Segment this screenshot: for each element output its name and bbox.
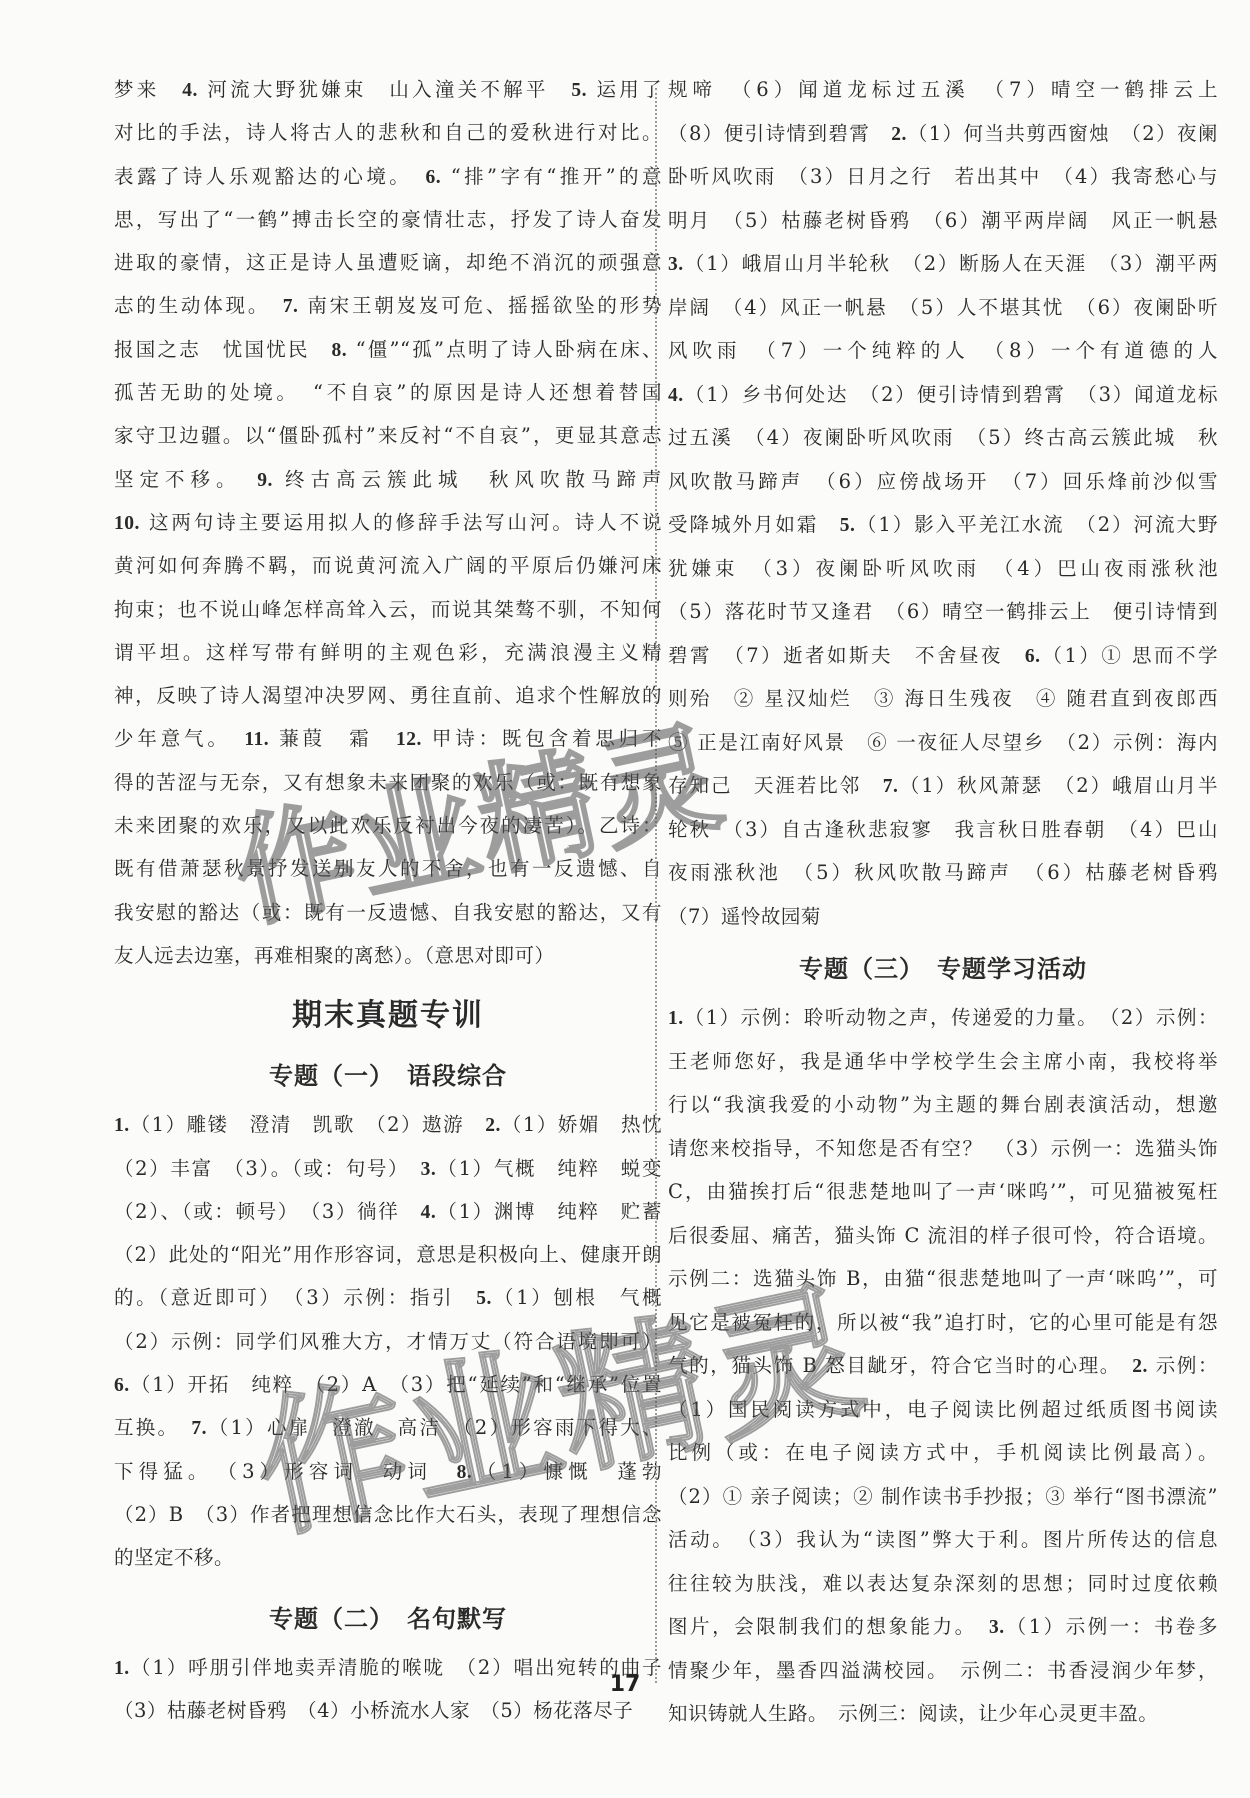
answer-text: （1）① 思而不学 [1041,644,1218,667]
answer-text: 我安慰的豁达（或：既有一反遗憾、自我安慰的豁达，又有 [114,901,662,924]
answer-text: （1）乡书何处达 （2）便引诗情到碧霄 （3）闻道龙标 [684,383,1218,406]
question-number: 4. [182,80,198,101]
answer-text: 示例： [1148,1354,1218,1377]
answer-text: （2）示例：同学们风雅大方，才情万丈（符合语境即可） [114,1330,662,1353]
answer-text: （1）渊博 纯粹 贮蓄 [436,1200,662,1223]
answer-text: （1）开拓 纯粹 （2）A （3）把“延续”和“继承”位置 [130,1373,662,1396]
answer-text: 存知己 天涯若比邻 [668,774,883,797]
answer-text: 少年意气。 [114,727,244,750]
text-line: （2）、（或：顿号） （3）徜徉 4.（1）渊博 纯粹 贮蓄 [114,1190,662,1233]
text-line: （2）丰富 （3）。（或：句号） 3.（1）气概 纯粹 蜕变 [114,1147,662,1190]
question-number: 4. [421,1202,437,1223]
text-line: 轮秋 （3）自古逢秋悲寂寥 我言秋日胜春朝 （4）巴山 [668,808,1218,852]
text-line: 家守卫边疆。以“僵卧孤村”来反衬“不自哀”，更显其意志 [114,414,662,457]
question-number: 7. [883,776,899,797]
column-divider [655,88,657,1683]
text-line: 未来团聚的欢乐，又以此欢乐反衬出今夜的凄苦）。乙诗： [114,804,662,847]
text-line: 则殆 ② 星汉灿烂 ③ 海日生残夜 ④ 随君直到夜郎西 [668,677,1218,721]
answer-text: （1）峨眉山月半轮秋 （2）断肠人在天涯 （3）潮平两 [684,252,1218,275]
answer-text: 夜雨涨秋池 （5）秋风吹散马蹄声 （6）枯藤老树昏鸦 [668,861,1218,884]
question-number: 4. [668,385,684,406]
section-3-answers: 1.（1）示例：聆听动物之声，传递爱的力量。 （2）示例：王老师您好，我是通华中… [668,996,1218,1736]
text-line: 岸阔 （4）风正一帆悬 （5）人不堪其忧 （6）夜阑卧听 [668,286,1218,330]
answer-text: （2）① 亲子阅读；② 制作读书手抄报；③ 举行“图书漂流” [668,1485,1218,1508]
answer-text: 示例二：选猫头饰 B，由猫“很悲楚地叫了一声‘咪呜’”，可 [668,1267,1218,1290]
text-line: 思，写出了“一鹤”搏击长空的豪情壮志，抒发了诗人奋发 [114,198,662,241]
answer-text: 王老师您好，我是通华中学校学生会主席小南，我校将举 [668,1050,1218,1073]
section-title-3: 专题（三） 专题学习活动 [668,942,1218,996]
question-number: 2. [891,124,907,145]
text-line: 见它是被冤枉的，所以被“我”追打时，它的心里可能是有怨 [668,1301,1218,1345]
answer-text: 终古高云簇此城 秋风吹散马蹄声 [273,468,662,491]
answer-text: 孤苦无助的处境。 “不自哀”的原因是诗人还想着替国 [114,381,662,404]
answer-text: （1）国民阅读方式中，电子阅读比例超过纸质图书阅读 [668,1398,1218,1421]
answer-text: 请您来校指导，不知您是否有空？ （3）示例一：选猫头饰 [668,1137,1218,1160]
text-line: 存知己 天涯若比邻 7.（1）秋风萧瑟 （2）峨眉山月半 [668,764,1218,808]
answer-text: 的坚定不移。 [114,1546,234,1569]
text-line: 志的生动体现。 7. 南宋王朝岌岌可危、摇摇欲坠的形势 [114,284,662,327]
question-number: 7. [191,1418,207,1439]
text-line: 拘束；也不说山峰怎样高耸入云，而说其桀骜不驯，不知何 [114,588,662,631]
answer-text: 下得猛。 （3）形容词 动词 [114,1460,457,1483]
text-line: 互换。 7.（1）心扉 澄澈 高洁 （2）形容雨下得大、 [114,1406,662,1449]
answer-text: 拘束；也不说山峰怎样高耸入云，而说其桀骜不驯，不知何 [114,598,662,621]
text-line: 3.（1）峨眉山月半轮秋 （2）断肠人在天涯 （3）潮平两 [668,242,1218,286]
answer-text: “排”字有“推开”的意 [441,165,662,188]
section-title-2: 专题（二） 名句默写 [114,1592,662,1646]
text-line: 对比的手法，诗人将古人的悲秋和自己的爱秋进行对比。 [114,111,662,154]
answer-text: 轮秋 （3）自古逢秋悲寂寥 我言秋日胜春朝 （4）巴山 [668,818,1218,841]
text-line: 的坚定不移。 [114,1536,662,1579]
answer-text: （3）枯藤老树昏鸦 （4）小桥流水人家 （5）杨花落尽子 [114,1699,633,1722]
text-line: （1）国民阅读方式中，电子阅读比例超过纸质图书阅读 [668,1388,1218,1432]
text-line: 往往较为肤浅，难以表达复杂深刻的思想；同时过度依赖 [668,1562,1218,1606]
text-line: ⑤ 正是江南好风景 ⑥ 一夜征人尽望乡 （2）示例：海内 [668,721,1218,765]
text-line: 谓平坦。这样写带有鲜明的主观色彩，充满浪漫主义精 [114,631,662,674]
main-title: 期末真题专训 [114,983,662,1049]
answer-text: 运用了 [587,78,662,101]
text-line: 示例二：选猫头饰 B，由猫“很悲楚地叫了一声‘咪呜’”，可 [668,1257,1218,1301]
text-line: 表露了诗人乐观豁达的心境。 6. “排”字有“推开”的意 [114,155,662,198]
section-title-1: 专题（一） 语段综合 [114,1049,662,1103]
answer-text: 思，写出了“一鹤”搏击长空的豪情壮志，抒发了诗人奋发 [114,208,662,231]
answer-text: 气的，猫头饰 B 怒目龇牙，符合它当时的心理。 [668,1354,1132,1377]
answer-text: （5）落花时节又逢君 （6）晴空一鹤排云上 便引诗情到 [668,600,1218,623]
text-line: 友人远去边塞，再难相聚的离愁）。（意思对即可） [114,934,662,977]
answer-text: （1）心扉 澄澈 高洁 （2）形容雨下得大、 [207,1416,662,1439]
answer-text: （1）气概 纯粹 蜕变 [436,1157,662,1180]
answer-text: 黄河如何奔腾不羁，而说黄河流入广阔的平原后仍嫌河床 [114,554,662,577]
question-number: 6. [114,1375,130,1396]
answer-text: （1）秋风萧瑟 （2）峨眉山月半 [898,774,1218,797]
answer-text: 见它是被冤枉的，所以被“我”追打时，它的心里可能是有怨 [668,1311,1218,1334]
answer-text: 犹嫌束 （3）夜阑卧听风吹雨 （4）巴山夜雨涨秋池 [668,557,1218,580]
answer-text: ⑤ 正是江南好风景 ⑥ 一夜征人尽望乡 （2）示例：海内 [668,731,1218,754]
text-line: 风吹雨 （7）一个纯粹的人 （8）一个有道德的人 [668,329,1218,373]
left-column: 梦来 4. 河流大野犹嫌束 山入潼关不解平 5. 运用了对比的手法，诗人将古人的… [114,68,662,1732]
answer-text: 梦来 [114,78,182,101]
page-number: 17 [0,1672,1250,1697]
answer-text: 家守卫边疆。以“僵卧孤村”来反衬“不自哀”，更显其意志 [114,424,662,447]
text-line: 风吹散马蹄声 （6）应傍战场开 （7）回乐烽前沙似雪 [668,460,1218,504]
answer-text: C，由猫挨打后“很悲楚地叫了一声‘咪呜’”，可见猫被冤枉 [668,1180,1218,1203]
answer-text: 规啼 （6）闻道龙标过五溪 （7）晴空一鹤排云上 [668,78,1218,101]
answer-text: 进取的豪情，这正是诗人虽遭贬谪，却绝不消沉的顽强意 [114,251,662,274]
answers-block-continued: 梦来 4. 河流大野犹嫌束 山入潼关不解平 5. 运用了对比的手法，诗人将古人的… [114,68,662,977]
answer-text: 南宋王朝岌岌可危、摇摇欲坠的形势 [298,294,662,317]
question-number: 12. [396,729,422,750]
text-line: （8）便引诗情到碧霄 2.（1）何当共剪西窗烛 （2）夜阑 [668,112,1218,156]
question-number: 5. [476,1288,492,1309]
answer-text: （8）便引诗情到碧霄 [668,122,891,145]
text-line: 活动。 （3）我认为“读图”弊大于利。图片所传达的信息 [668,1518,1218,1562]
text-line: 气的，猫头饰 B 怒目龇牙，符合它当时的心理。 2. 示例： [668,1344,1218,1388]
answer-text: 对比的手法，诗人将古人的悲秋和自己的爱秋进行对比。 [114,121,662,144]
question-number: 8. [332,340,348,361]
text-line: 黄河如何奔腾不羁，而说黄河流入广阔的平原后仍嫌河床 [114,544,662,587]
text-line: （5）落花时节又逢君 （6）晴空一鹤排云上 便引诗情到 [668,590,1218,634]
answer-text: （1）影入平羌江水流 （2）河流大野 [855,513,1218,536]
text-line: 6.（1）开拓 纯粹 （2）A （3）把“延续”和“继承”位置 [114,1363,662,1406]
text-line: 规啼 （6）闻道龙标过五溪 （7）晴空一鹤排云上 [668,68,1218,112]
question-number: 7. [283,296,299,317]
answer-text: 的。（意近即可） （3）示例：指引 [114,1286,476,1309]
text-line: 明月 （5）枯藤老树昏鸦 （6）潮平两岸阔 风正一帆悬 [668,199,1218,243]
text-line: 的。（意近即可） （3）示例：指引 5.（1）刨根 气概 [114,1276,662,1319]
answer-text: 卧听风吹雨 （3）日月之行 若出其中 （4）我寄愁心与 [668,165,1218,188]
question-number: 3. [668,254,684,275]
text-line: C，由猫挨打后“很悲楚地叫了一声‘咪呜’”，可见猫被冤枉 [668,1170,1218,1214]
text-line: 夜雨涨秋池 （5）秋风吹散马蹄声 （6）枯藤老树昏鸦 [668,851,1218,895]
question-number: 8. [457,1462,473,1483]
text-line: 犹嫌束 （3）夜阑卧听风吹雨 （4）巴山夜雨涨秋池 [668,547,1218,591]
text-line: 得的苦涩与无奈，又有想象未来团聚的欢乐（或：既有想象 [114,761,662,804]
answer-text: 河流大野犹嫌束 山入潼关不解平 [198,78,572,101]
answer-text: 志的生动体现。 [114,294,283,317]
text-line: 请您来校指导，不知您是否有空？ （3）示例一：选猫头饰 [668,1127,1218,1171]
text-line: （2）B （3）作者把理想信念比作大石头，表现了理想信念 [114,1493,662,1536]
text-line: 10. 这两句诗主要运用拟人的修辞手法写山河。诗人不说 [114,501,662,544]
answer-text: 甲诗：既包含着思归不 [422,727,662,750]
answer-text: 互换。 [114,1416,191,1439]
text-line: 坚定不移。 9. 终古高云簇此城 秋风吹散马蹄声 [114,458,662,501]
text-line: 1.（1）雕镂 澄清 凯歌 （2）遨游 2.（1）娇媚 热忱 [114,1103,662,1146]
answer-text: 蒹葭 霜 [269,727,396,750]
answer-text: 得的苦涩与无奈，又有想象未来团聚的欢乐（或：既有想象 [114,771,662,794]
text-line: 卧听风吹雨 （3）日月之行 若出其中 （4）我寄愁心与 [668,155,1218,199]
answer-text: （2）B （3）作者把理想信念比作大石头，表现了理想信念 [114,1503,662,1526]
question-number: 6. [425,167,441,188]
text-line: 进取的豪情，这正是诗人虽遭贬谪，却绝不消沉的顽强意 [114,241,662,284]
text-line: 比例（或：在电子阅读方式中，手机阅读比例最高）。 [668,1431,1218,1475]
answer-text: 比例（或：在电子阅读方式中，手机阅读比例最高）。 [668,1441,1218,1464]
answer-text: 这两句诗主要运用拟人的修辞手法写山河。诗人不说 [140,511,662,534]
answer-text: 既有借萧瑟秋景抒发送别友人的不舍，也有一反遗憾、自 [114,857,662,880]
answer-text: 未来团聚的欢乐，又以此欢乐反衬出今夜的凄苦）。乙诗： [114,814,662,837]
question-number: 6. [1025,646,1041,667]
question-number: 11. [244,729,269,750]
text-line: 下得猛。 （3）形容词 动词 8.（1）慷慨 蓬勃 [114,1450,662,1493]
text-line: 少年意气。 11. 蒹葭 霜 12. 甲诗：既包含着思归不 [114,717,662,760]
answer-text: 友人远去边塞，再难相聚的离愁）。（意思对即可） [114,944,555,967]
answer-text: 表露了诗人乐观豁达的心境。 [114,165,425,188]
text-line: 梦来 4. 河流大野犹嫌束 山入潼关不解平 5. 运用了 [114,68,662,111]
text-line: 4.（1）乡书何处达 （2）便引诗情到碧霄 （3）闻道龙标 [668,373,1218,417]
text-line: 既有借萧瑟秋景抒发送别友人的不舍，也有一反遗憾、自 [114,847,662,890]
answer-text: 后很委屈、痛苦，猫头饰 C 流泪的样子很可怜，符合语境。 [668,1224,1218,1247]
answer-text: （1）示例一：书卷多 [1005,1615,1218,1638]
answer-text: （1）雕镂 澄清 凯歌 （2）遨游 [130,1113,486,1136]
answer-text: （1）刨根 气概 [492,1286,662,1309]
text-line: 王老师您好，我是通华中学校学生会主席小南，我校将举 [668,1040,1218,1084]
answer-text: 报国之志 忧国忧民 [114,338,332,361]
text-line: 我安慰的豁达（或：既有一反遗憾、自我安慰的豁达，又有 [114,891,662,934]
answer-text: “僵”“孤”点明了诗人卧病在床、 [347,338,662,361]
answer-text: （1）何当共剪西窗烛 （2）夜阑 [907,122,1218,145]
answer-text: 过五溪 （4）夜阑卧听风吹雨 （5）终古高云簇此城 秋 [668,426,1218,449]
section-1-answers: 1.（1）雕镂 澄清 凯歌 （2）遨游 2.（1）娇媚 热忱（2）丰富 （3）。… [114,1103,662,1579]
answer-text: 往往较为肤浅，难以表达复杂深刻的思想；同时过度依赖 [668,1572,1218,1595]
question-number: 1. [668,1008,684,1029]
answer-text: 风吹雨 （7）一个纯粹的人 （8）一个有道德的人 [668,339,1218,362]
text-line: 过五溪 （4）夜阑卧听风吹雨 （5）终古高云簇此城 秋 [668,416,1218,460]
text-line: 行以“我演我爱的小动物”为主题的舞台剧表演活动，想邀 [668,1083,1218,1127]
answer-text: 神，反映了诗人渴望冲决罗网、勇往直前、追求个性解放的 [114,684,662,707]
text-line: 报国之志 忧国忧民 8. “僵”“孤”点明了诗人卧病在床、 [114,328,662,371]
question-number: 2. [485,1115,501,1136]
answer-text: （2）丰富 （3）。（或：句号） [114,1157,421,1180]
right-column: 规啼 （6）闻道龙标过五溪 （7）晴空一鹤排云上（8）便引诗情到碧霄 2.（1）… [668,68,1218,1736]
question-number: 5. [840,515,856,536]
answer-text: 行以“我演我爱的小动物”为主题的舞台剧表演活动，想邀 [668,1093,1218,1116]
text-line: 受降城外月如霜 5.（1）影入平羌江水流 （2）河流大野 [668,503,1218,547]
answer-text: 岸阔 （4）风正一帆悬 （5）人不堪其忧 （6）夜阑卧听 [668,296,1218,319]
answer-text: （2）、（或：顿号） （3）徜徉 [114,1200,421,1223]
question-number: 10. [114,513,140,534]
answer-text: 谓平坦。这样写带有鲜明的主观色彩，充满浪漫主义精 [114,641,662,664]
text-line: 孤苦无助的处境。 “不自哀”的原因是诗人还想着替国 [114,371,662,414]
question-number: 1. [114,1115,130,1136]
section-2-answers-continued: 规啼 （6）闻道龙标过五溪 （7）晴空一鹤排云上（8）便引诗情到碧霄 2.（1）… [668,68,1218,938]
answer-text: 知识铸就人生路。 示例三：阅读，让少年心灵更丰盈。 [668,1702,1158,1725]
text-line: （2）示例：同学们风雅大方，才情万丈（符合语境即可） [114,1320,662,1363]
answer-text: 图片，会限制我们的想象能力。 [668,1615,989,1638]
text-line: 知识铸就人生路。 示例三：阅读，让少年心灵更丰盈。 [668,1692,1218,1736]
text-line: 图片，会限制我们的想象能力。 3.（1）示例一：书卷多 [668,1605,1218,1649]
answer-text: （1）慷慨 蓬勃 [472,1460,662,1483]
question-number: 3. [989,1617,1005,1638]
text-line: 神，反映了诗人渴望冲决罗网、勇往直前、追求个性解放的 [114,674,662,717]
answer-text: 明月 （5）枯藤老树昏鸦 （6）潮平两岸阔 风正一帆悬 [668,209,1218,232]
question-number: 3. [421,1159,437,1180]
text-line: 碧霄 （7）逝者如斯夫 不舍昼夜 6.（1）① 思而不学 [668,634,1218,678]
answer-text: （1）娇媚 热忱 [501,1113,662,1136]
text-line: （7）遥怜故园菊 [668,895,1218,939]
question-number: 9. [257,470,273,491]
answer-text: 风吹散马蹄声 （6）应傍战场开 （7）回乐烽前沙似雪 [668,470,1218,493]
answer-text: （1）示例：聆听动物之声，传递爱的力量。 （2）示例： [684,1006,1218,1029]
answer-text: 受降城外月如霜 [668,513,840,536]
text-line: 1.（1）示例：聆听动物之声，传递爱的力量。 （2）示例： [668,996,1218,1040]
text-line: （2）① 亲子阅读；② 制作读书手抄报；③ 举行“图书漂流” [668,1475,1218,1519]
answer-text: （7）遥怜故园菊 [668,905,821,928]
question-number: 5. [571,80,587,101]
answer-text: 则殆 ② 星汉灿烂 ③ 海日生残夜 ④ 随君直到夜郎西 [668,687,1218,710]
answer-text: 坚定不移。 [114,468,257,491]
answer-text: （2）此处的“阳光”用作形容词，意思是积极向上、健康开朗 [114,1243,662,1266]
answer-text: 活动。 （3）我认为“读图”弊大于利。图片所传达的信息 [668,1528,1218,1551]
text-line: （2）此处的“阳光”用作形容词，意思是积极向上、健康开朗 [114,1233,662,1276]
text-line: 后很委屈、痛苦，猫头饰 C 流泪的样子很可怜，符合语境。 [668,1214,1218,1258]
answer-text: 碧霄 （7）逝者如斯夫 不舍昼夜 [668,644,1025,667]
question-number: 2. [1132,1356,1148,1377]
